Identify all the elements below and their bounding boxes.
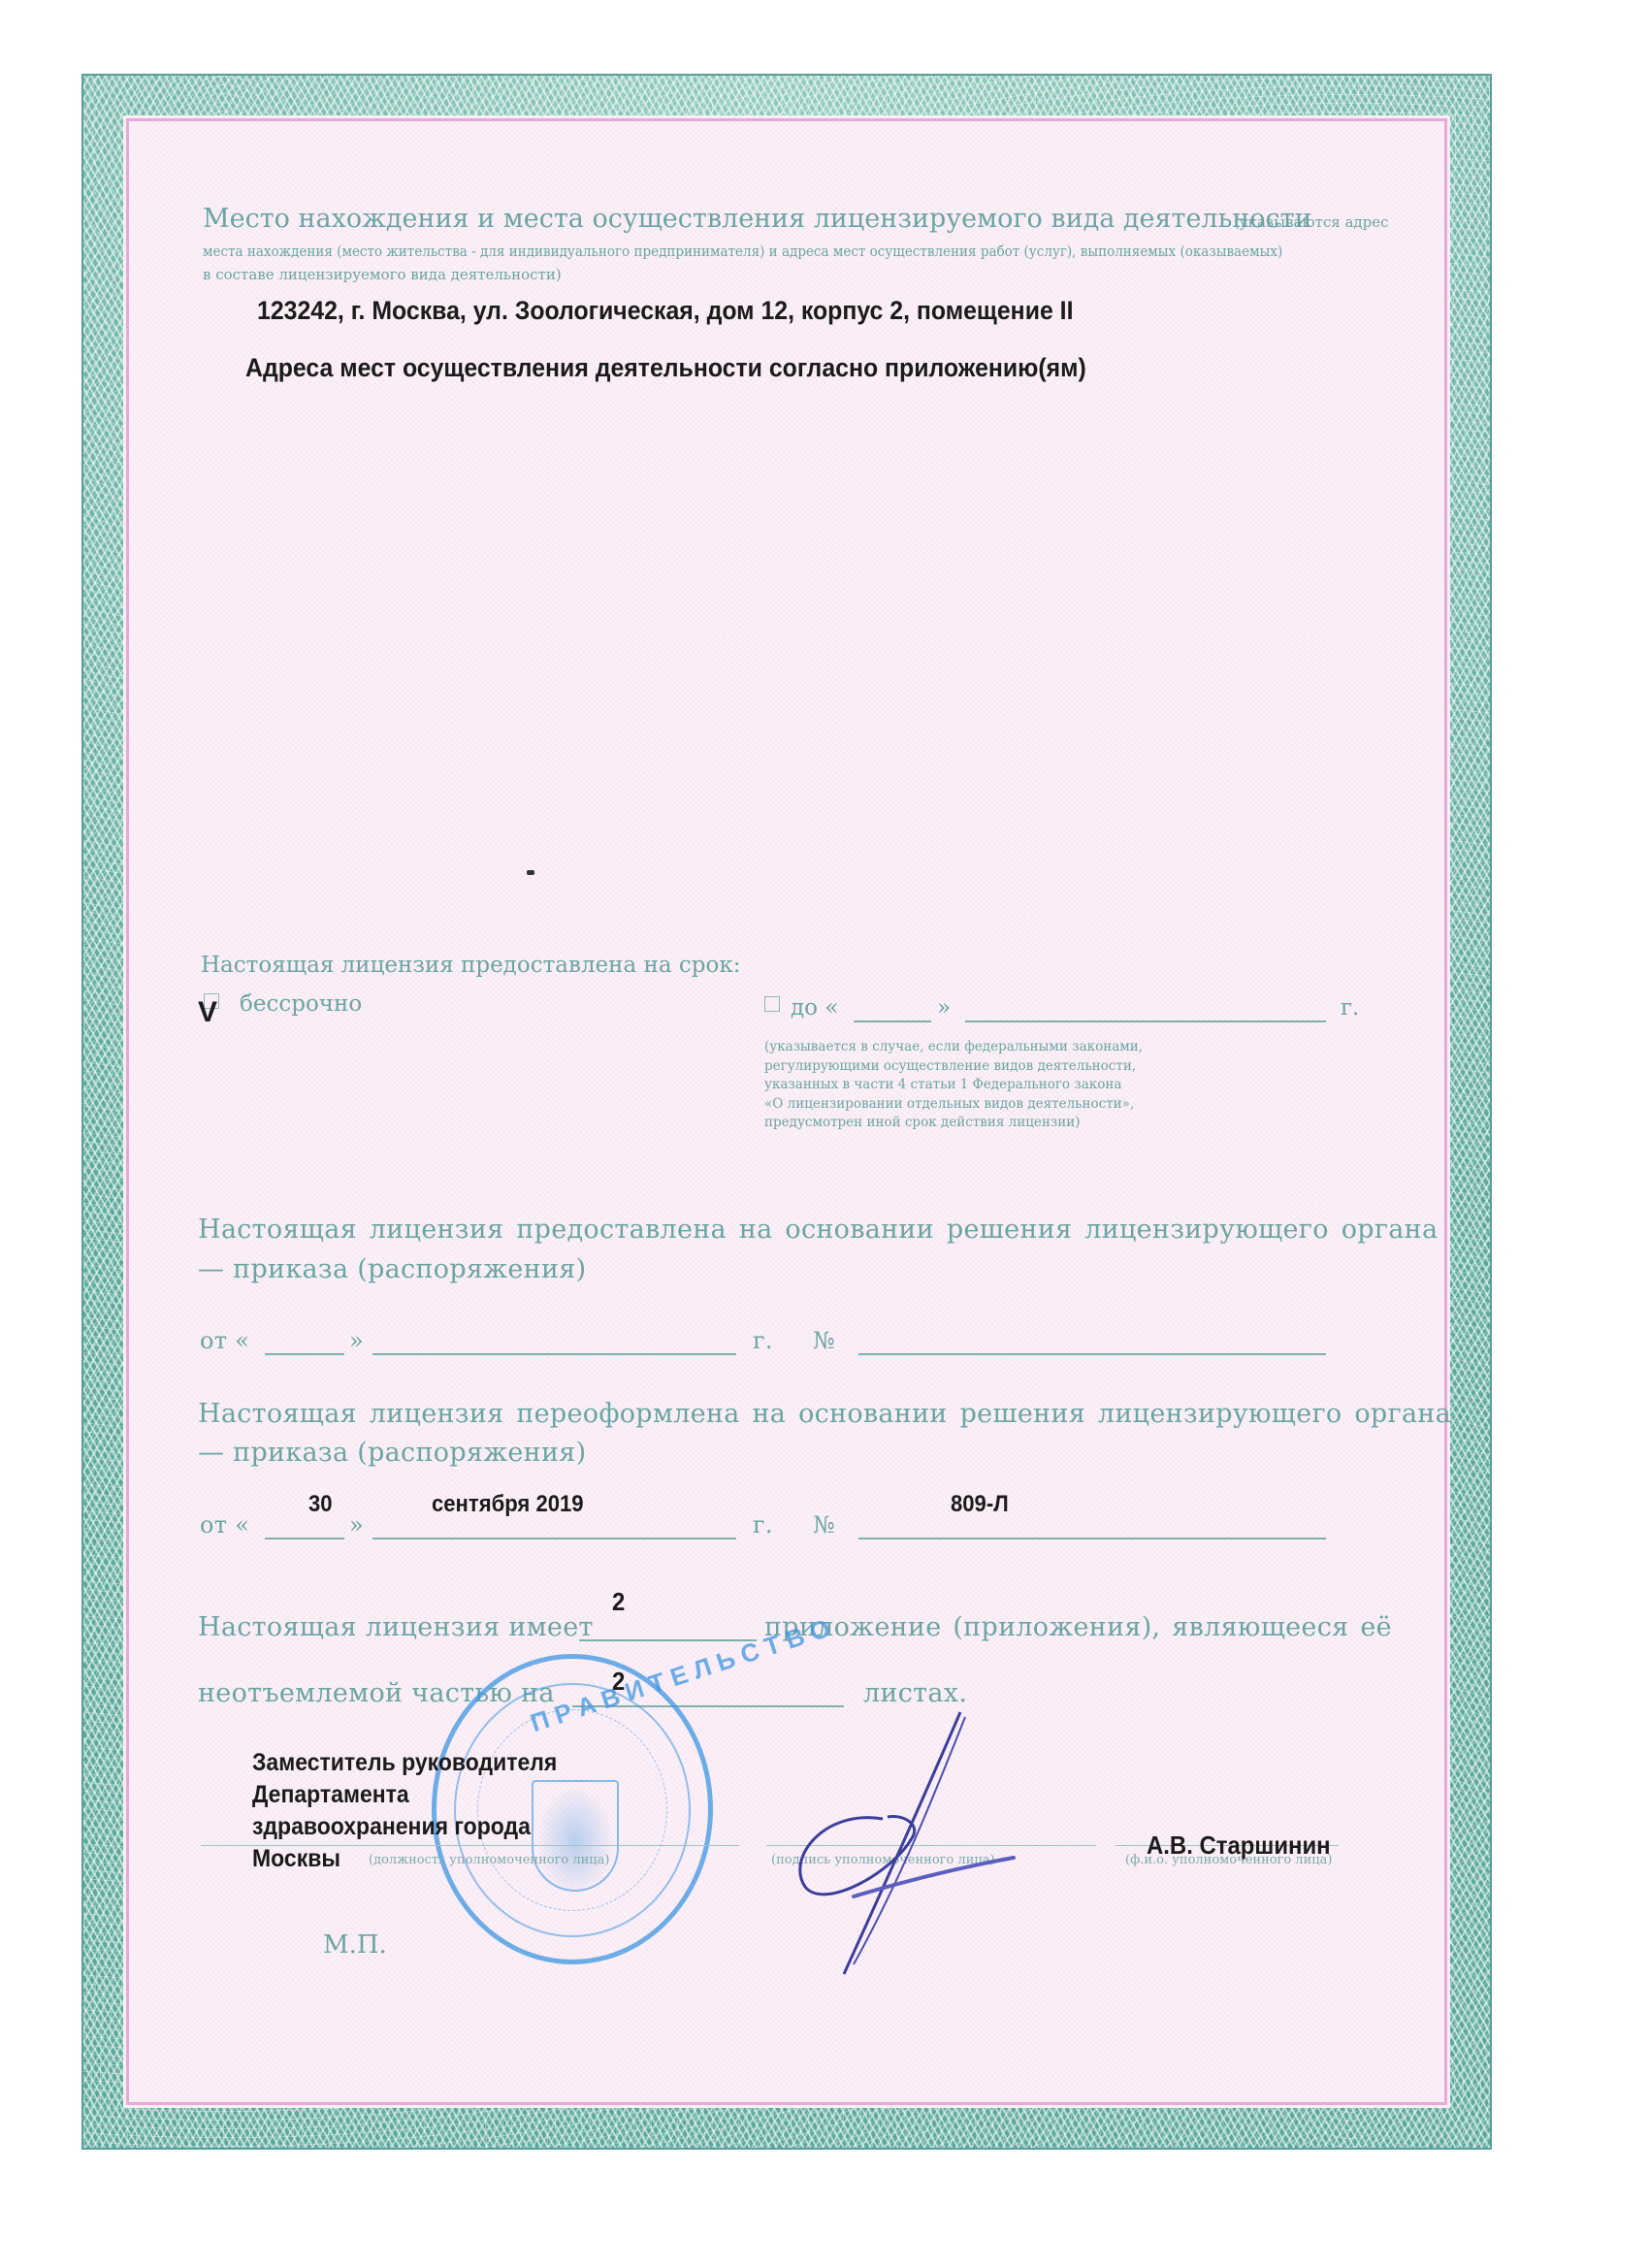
until-label: до «	[791, 995, 838, 1021]
reissued-number-field[interactable]	[858, 1538, 1326, 1539]
reissued-from-label: от «	[200, 1511, 249, 1539]
granted-line-1: Настоящая лицензия предоставлена на осно…	[198, 1215, 1438, 1245]
location-note-line-3: в составе лицензируемого вида деятельнос…	[203, 266, 562, 283]
reissued-number-value: 809-Л	[951, 1491, 1009, 1518]
address-value: 123242, г. Москва, ул. Зоологическая, до…	[257, 296, 1073, 326]
reissued-day-value: 30	[308, 1491, 333, 1518]
until-close-quote: »	[937, 995, 951, 1021]
granted-day-field[interactable]	[265, 1353, 344, 1355]
reissued-year-label: г.	[753, 1511, 773, 1539]
appendices-line-1-after: приложение (приложения), являющееся её	[764, 1612, 1392, 1642]
position-title-line: Департамента	[252, 1779, 557, 1811]
granted-number-label: №	[813, 1327, 835, 1354]
reissued-line-2: — приказа (распоряжения)	[198, 1438, 586, 1468]
until-note: (указывается в случае, если федеральными…	[764, 1038, 1143, 1133]
indefinite-label: бессрочно	[240, 991, 362, 1017]
indefinite-check-mark: V	[198, 996, 217, 1029]
appendices-count-value: 2	[612, 1587, 625, 1617]
until-month-year-field[interactable]	[965, 1021, 1326, 1022]
until-note-line: «О лицензировании отдельных видов деятел…	[764, 1095, 1143, 1115]
position-title: Заместитель руководителя Департамента зд…	[252, 1747, 557, 1875]
appendices-count-field[interactable]	[579, 1639, 757, 1641]
until-note-line: (указывается в случае, если федеральными…	[764, 1038, 1143, 1057]
granted-from-label: от «	[200, 1327, 249, 1354]
reissued-month-year-field[interactable]	[372, 1538, 736, 1539]
until-note-line: регулирующими осуществление видов деятел…	[764, 1057, 1143, 1077]
reissued-month-year-value: сентября 2019	[432, 1491, 584, 1518]
granted-line-2: — приказа (распоряжения)	[198, 1254, 586, 1284]
reissued-day-field[interactable]	[265, 1538, 344, 1539]
location-heading: Место нахождения и места осуществления л…	[203, 204, 1312, 234]
scan-speck	[527, 870, 534, 875]
granted-year-label: г.	[753, 1327, 773, 1354]
until-year-label: г.	[1341, 995, 1359, 1021]
granted-number-field[interactable]	[858, 1353, 1326, 1355]
until-note-line: предусмотрен иной срок действия лицензии…	[764, 1114, 1143, 1133]
term-label: Настоящая лицензия предоставлена на срок…	[201, 953, 740, 978]
granted-close-quote: »	[349, 1327, 364, 1354]
position-title-line: Заместитель руководителя	[252, 1747, 557, 1779]
addresses-appendix-note: Адреса мест осуществления деятельности с…	[245, 353, 1086, 383]
signatory-name: А.В. Старшинин	[1147, 1831, 1331, 1861]
reissued-close-quote: »	[349, 1511, 364, 1539]
until-checkbox[interactable]	[764, 996, 780, 1012]
location-note-line-2: места нахождения (место жительства - для…	[203, 243, 1282, 260]
position-title-line: здравоохранения города	[252, 1811, 557, 1843]
handwritten-signature	[766, 1702, 1028, 1993]
reissued-number-label: №	[813, 1511, 835, 1539]
seal-label: М.П.	[323, 1930, 387, 1960]
until-note-line: указанных в части 4 статьи 1 Федеральног…	[764, 1076, 1143, 1095]
until-day-field[interactable]	[854, 1021, 931, 1022]
position-title-line: Москвы	[252, 1843, 557, 1875]
granted-month-year-field[interactable]	[372, 1353, 736, 1355]
reissued-line-1: Настоящая лицензия переоформлена на осно…	[198, 1399, 1451, 1429]
appendices-line-1-before: Настоящая лицензия имеет	[198, 1612, 594, 1642]
location-heading-note: (указываются адрес	[1234, 213, 1389, 231]
